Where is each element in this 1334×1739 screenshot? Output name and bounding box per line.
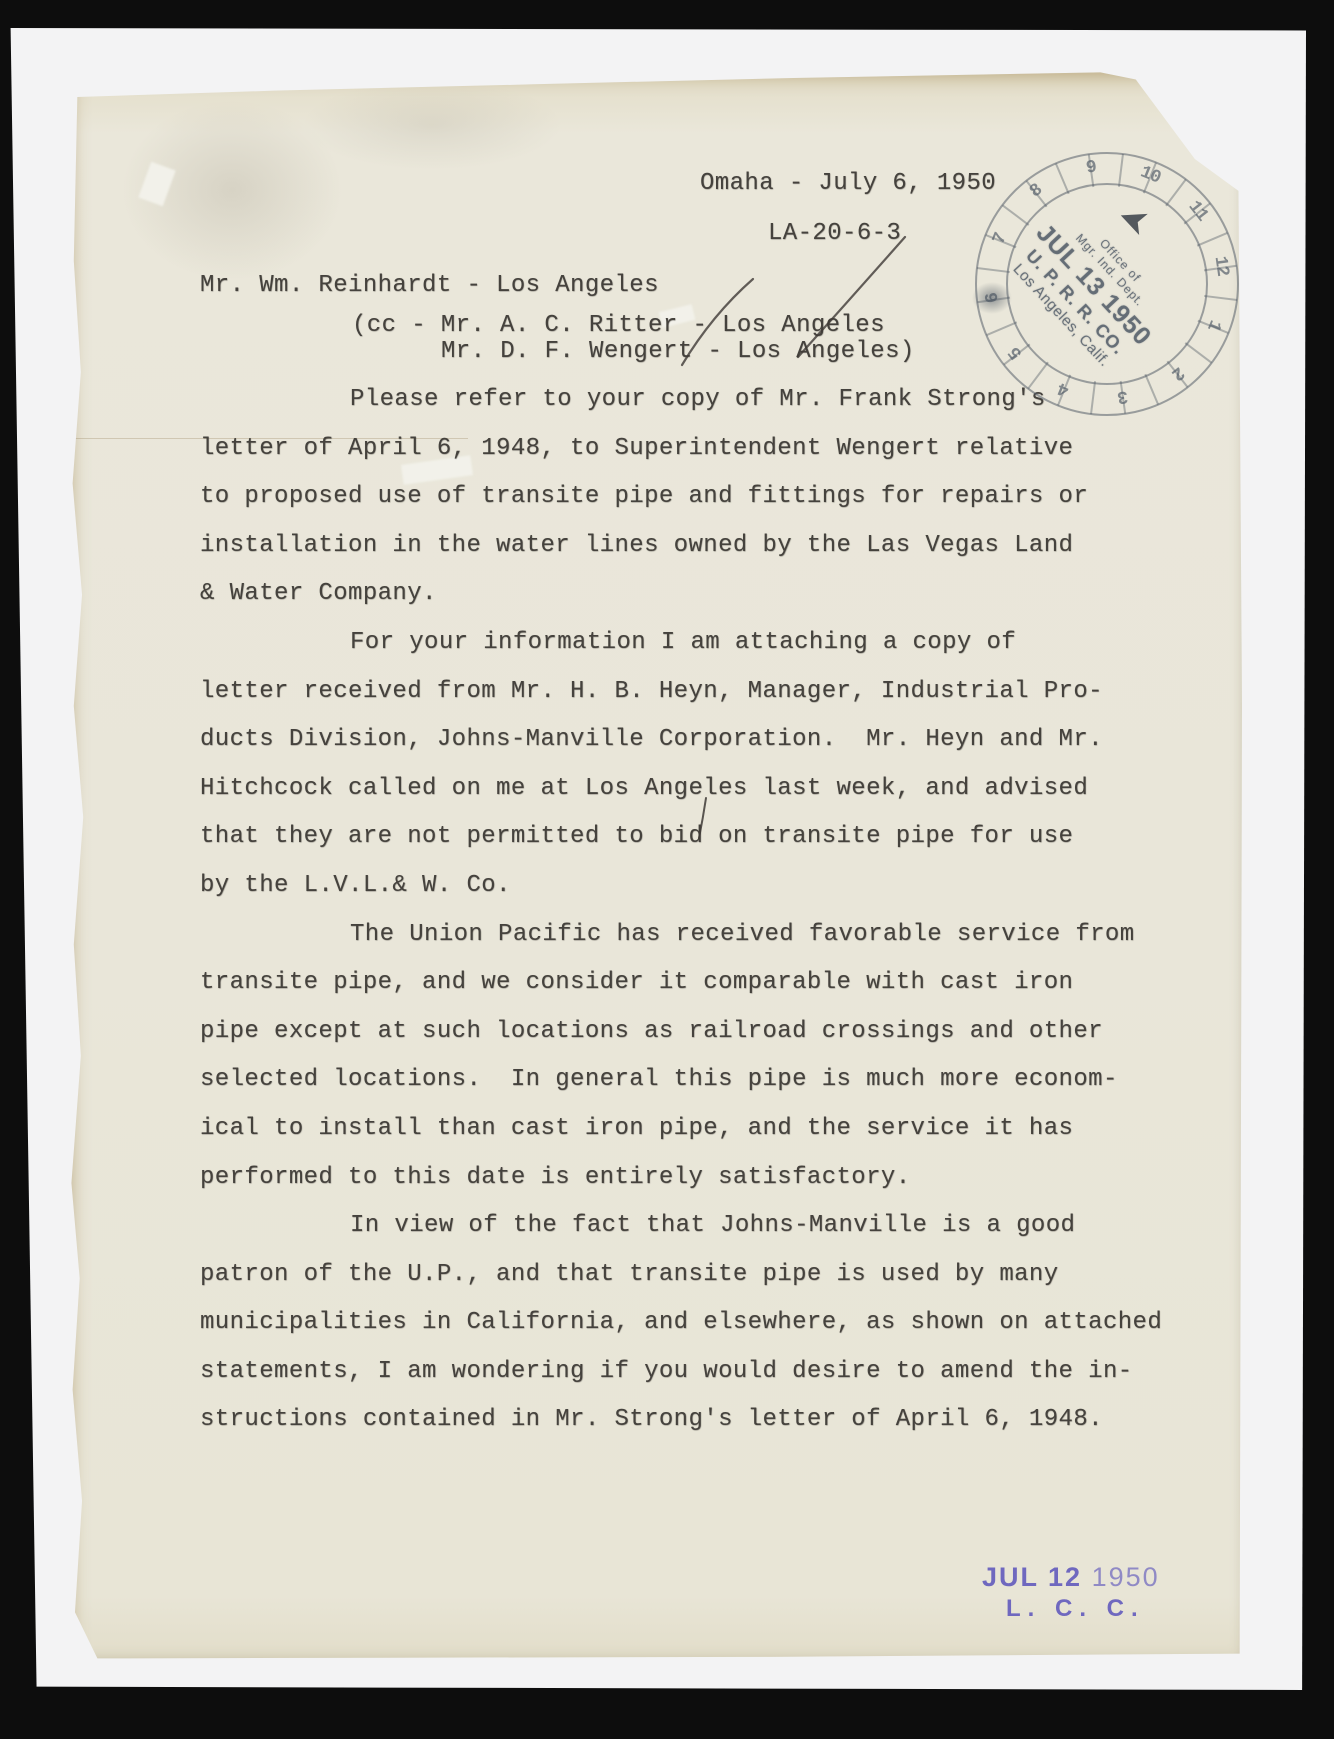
- stamp-dial-number: 9: [1075, 156, 1107, 180]
- stamp-dial-number: 12: [1209, 250, 1233, 282]
- body-line: structions contained in Mr. Strong's let…: [200, 1396, 1200, 1445]
- body-line: to proposed use of transite pipe and fit…: [200, 473, 1200, 522]
- body-line: by the L.V.L.& W. Co.: [200, 862, 1200, 911]
- date-stamp-date: JUL 12 1950: [982, 1562, 1160, 1593]
- body-line: that they are not permitted to bid on tr…: [200, 813, 1200, 862]
- body-line: & Water Company.: [200, 570, 1200, 619]
- paper-scuff: [138, 162, 175, 207]
- body-line: Hitchcock called on me at Los Angeles la…: [200, 765, 1200, 814]
- body-line: letter of April 6, 1948, to Superintende…: [200, 425, 1200, 474]
- cc-line-2: Mr. D. F. Wengert - Los Angeles): [441, 338, 915, 365]
- body-line: For your information I am attaching a co…: [200, 619, 1200, 668]
- scanned-letter-canvas: Omaha - July 6, 1950 LA-20-6-3 Mr. Wm. R…: [0, 0, 1334, 1739]
- body-line: letter received from Mr. H. B. Heyn, Man…: [200, 668, 1200, 717]
- body-line: patron of the U.P., and that transite pi…: [200, 1251, 1200, 1300]
- body-line: installation in the water lines owned by…: [200, 522, 1200, 571]
- body-line: municipalities in California, and elsewh…: [200, 1299, 1200, 1348]
- date-stamp: JUL 12 1950 L. C. C.: [982, 1562, 1160, 1623]
- body-line: performed to this date is entirely satis…: [200, 1154, 1200, 1203]
- cc-line-1: (cc - Mr. A. C. Ritter - Los Angeles: [352, 312, 885, 339]
- paper-smudge: [302, 80, 562, 170]
- body-line: statements, I am wondering if you would …: [200, 1348, 1200, 1397]
- recipient-line: Mr. Wm. Reinhardt - Los Angeles: [200, 272, 659, 299]
- body-line: ical to install than cast iron pipe, and…: [200, 1105, 1200, 1154]
- body-line: The Union Pacific has received favorable…: [200, 911, 1200, 960]
- file-number: LA-20-6-3: [768, 220, 901, 247]
- body-line: selected locations. In general this pipe…: [200, 1056, 1200, 1105]
- body-line: transite pipe, and we consider it compar…: [200, 959, 1200, 1008]
- body-line: pipe except at such locations as railroa…: [200, 1008, 1200, 1057]
- body-line: ducts Division, Johns-Manville Corporati…: [200, 716, 1200, 765]
- body-line: In view of the fact that Johns-Manville …: [200, 1202, 1200, 1251]
- letter-body: Please refer to your copy of Mr. Frank S…: [200, 376, 1200, 1445]
- dateline: Omaha - July 6, 1950: [700, 170, 996, 197]
- date-stamp-org: L. C. C.: [982, 1595, 1160, 1623]
